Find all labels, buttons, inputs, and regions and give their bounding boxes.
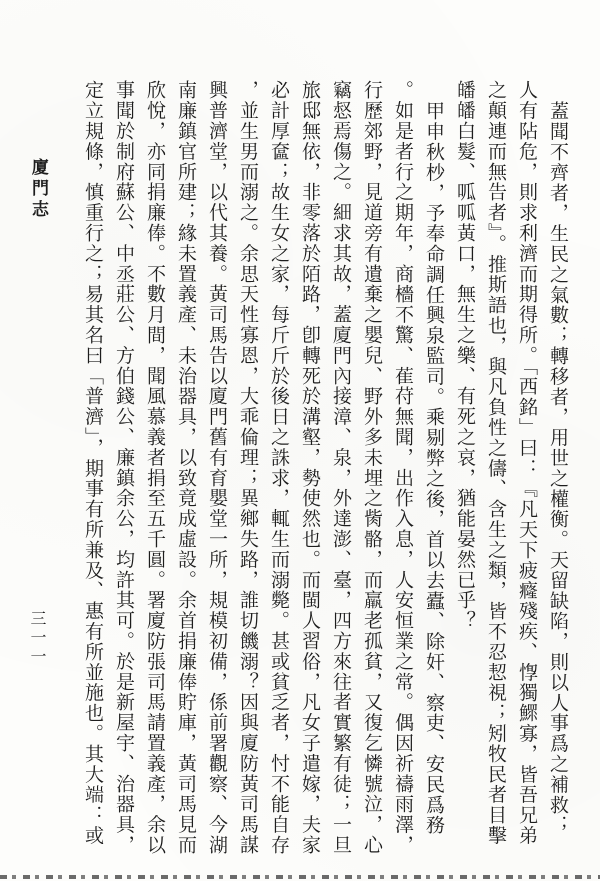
text-column: 人有阽危，則求利濟而期得所。「西銘」曰：『凡天下疲癃殘疾、惸獨鰥寡，皆吾兄弟 bbox=[511, 80, 542, 862]
book-margin-title: 廈門志 bbox=[26, 158, 51, 221]
page-number: 三一一 bbox=[25, 610, 48, 667]
text-column: 必計厚奩；故生女之家，每斤斤於後日之誅求，輒生而溺斃。甚或貧乏者，忖不能自存 bbox=[263, 80, 294, 862]
text-column: 。如是者行之期年，商檣不驚、萑苻無聞，出作入息，人安恒業之常。偶因祈禱雨澤， bbox=[387, 80, 418, 862]
text-column: 事聞於制府蘇公、中丞莊公、方伯錢公、廉鎮余公，均許其可。於是新屋宇、治器具， bbox=[108, 80, 139, 862]
text-column: 行歷郊野，見道旁有遺棄之嬰兒、野外多未埋之胔骼，而羸老孤貧，又復乞憐號泣，心 bbox=[356, 80, 387, 862]
text-column: 南廉鎮官所建；緣未置義產、未治器具，以致竟成虛設。余首捐廉俸貯庫，黃司馬見而 bbox=[170, 80, 201, 862]
book-page: 廈門志 三一一 蓋聞不齊者，生民之氣數；轉移者，用世之權衡。天留缺陷，則以人事爲… bbox=[0, 0, 600, 881]
text-column: 欣悅，亦同捐廉俸。不數月間，聞風慕義者捐至五千圓。署廈防張司馬請置義產，余以 bbox=[139, 80, 170, 862]
scan-edge-artifact bbox=[0, 875, 600, 879]
text-column: 定立規條，慎重行之；易其名曰「普濟」，期事有所兼及、惠有所並施也。其大端：或 bbox=[77, 80, 108, 862]
text-column: 蓋聞不齊者，生民之氣數；轉移者，用世之權衡。天留缺陷，則以人事爲之補救； bbox=[542, 80, 573, 881]
text-column: 之顛連而無告者』。推斯語也，與凡負性之儔、含生之類，皆不忍恝視；矧牧民者目擊 bbox=[480, 80, 511, 862]
text-column: 甲申秋杪，予奉命調任興泉監司。乘剔弊之後，首以去蠹、除奸、察吏、安民爲務 bbox=[418, 80, 449, 881]
text-column: ，並生男而溺之。余思天性寡恩，大乖倫理；異鄉失路，誰切饑溺？因與廈防黃司馬謀 bbox=[232, 80, 263, 862]
text-column: 旅邸無依，非零落於陌路，卽轉死於溝壑，勢使然也。而閩人習俗，凡女子遣嫁，夫家 bbox=[294, 80, 325, 862]
text-block: 蓋聞不齊者，生民之氣數；轉移者，用世之權衡。天留缺陷，則以人事爲之補救；人有阽危… bbox=[77, 80, 573, 862]
text-column: 竊惄焉傷之。細求其故，蓋廈門內接漳、泉，外達澎、臺，四方來往者實繁有徒；一旦 bbox=[325, 80, 356, 862]
text-column: 皤皤白髮、呱呱黃口，無生之樂、有死之哀，猶能晏然已乎？ bbox=[449, 80, 480, 862]
text-column: 興普濟堂，以代其養。黃司馬告以廈門舊有育嬰堂一所，規模初備，係前署觀察、今湖 bbox=[201, 80, 232, 862]
